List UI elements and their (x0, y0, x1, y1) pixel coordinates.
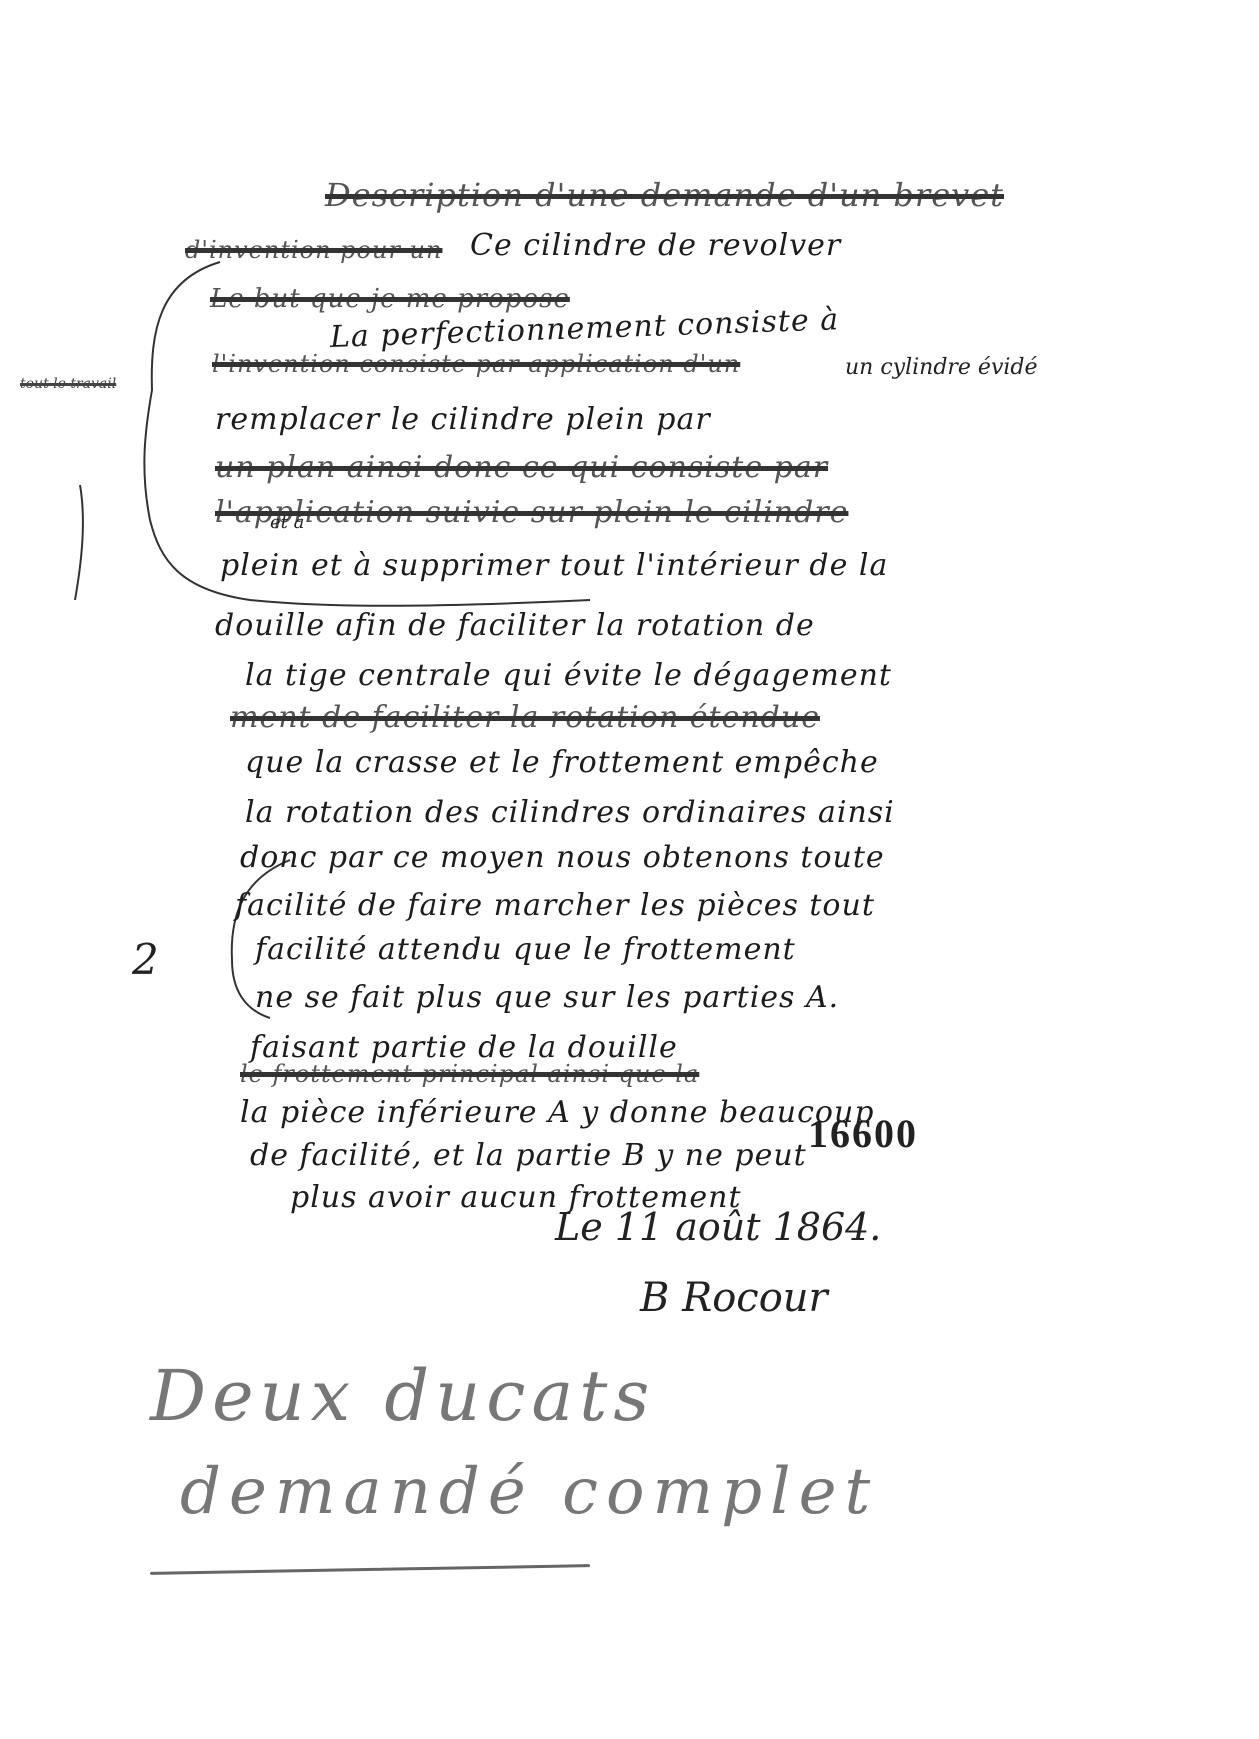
manuscript-line: facilité attendu que le frottement (255, 932, 796, 967)
date-line: Le 11 août 1864. (555, 1205, 881, 1249)
margin-mark-2: 2 (132, 935, 159, 984)
manuscript-line: donc par ce moyen nous obtenons toute (240, 840, 885, 875)
manuscript-line: plein et à supprimer tout l'intérieur de… (220, 548, 888, 583)
inserted-text: et à (270, 512, 304, 533)
manuscript-line: ne se fait plus que sur les parties A. (255, 980, 839, 1015)
manuscript-line: le frottement principal ainsi que la (240, 1060, 699, 1088)
manuscript-line: que la crasse et le frottement empêche (245, 745, 879, 780)
signature: B Rocour (640, 1275, 828, 1321)
manuscript-line: un plan ainsi donc ce qui consiste par (215, 450, 828, 485)
manuscript-line: Le but que je me propose (210, 284, 570, 314)
manuscript-page: tout le travail 2 Description d'une dema… (0, 0, 1259, 1739)
stamp-number: 16600 (808, 1110, 918, 1157)
manuscript-line: l'invention consiste par application d'u… (212, 350, 740, 378)
manuscript-line: la tige centrale qui évite le dégagement (245, 658, 892, 693)
manuscript-line: de facilité, et la partie B y ne peut (250, 1138, 807, 1173)
manuscript-line: remplacer le cilindre plein par (215, 402, 711, 437)
manuscript-line: d'invention pour un (185, 236, 442, 264)
pencil-annotation-line-1: Deux ducats (150, 1355, 655, 1437)
manuscript-line: la pièce inférieure A y donne beaucoup (240, 1095, 875, 1130)
document-title: Description d'une demande d'un brevet (325, 176, 1004, 214)
manuscript-line: la rotation des cilindres ordinaires ain… (245, 795, 895, 830)
manuscript-line: douille afin de faciliter la rotation de (215, 608, 815, 643)
manuscript-line: facilité de faire marcher les pièces tou… (235, 888, 875, 923)
annotation-underline (150, 1564, 590, 1575)
manuscript-line: l'application suivie sur plein le cilind… (215, 495, 848, 530)
pencil-annotation-line-2: demandé complet (180, 1455, 878, 1529)
inserted-text: un cylindre évidé (845, 355, 1038, 380)
margin-struck-note: tout le travail (20, 376, 116, 392)
manuscript-line: Ce cilindre de revolver (470, 228, 841, 263)
manuscript-line: ment de faciliter la rotation étendue (230, 700, 820, 735)
